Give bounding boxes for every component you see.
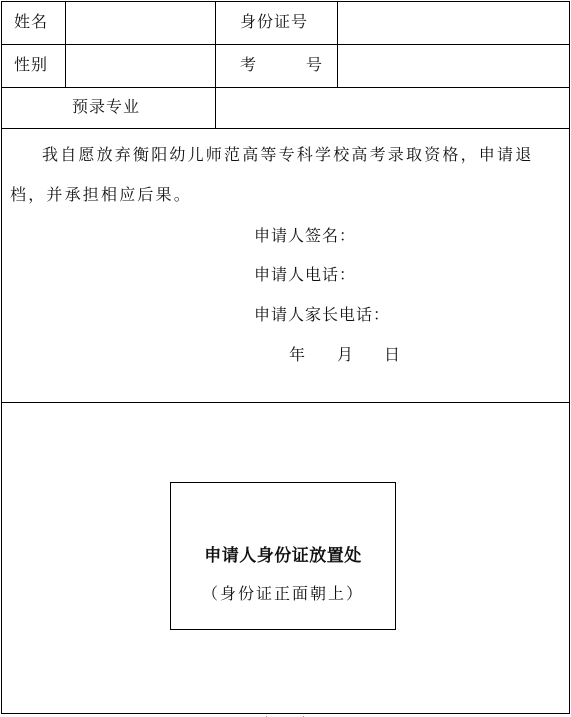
major-field[interactable] [216,88,569,128]
date-day-label: 日 [384,345,401,365]
exam-number-field[interactable] [338,45,569,87]
applicant-signature-label: 申请人签名： [254,226,356,246]
statement-line-2: 档，并承担相应后果。 [10,175,558,215]
major-label: 预录专业 [72,97,140,117]
id-number-label: 身份证号 [240,12,308,32]
id-card-box-note: （身份证正面朝上） [171,581,395,604]
applicant-phone-label: 申请人电话： [254,265,356,285]
gender-label: 性别 [14,55,48,75]
id-card-box-title: 申请人身份证放置处 [171,541,395,566]
date-year-label: 年 [289,345,306,365]
exam-number-label: 考 号 [240,55,328,75]
name-label: 姓名 [14,12,48,32]
id-number-field[interactable] [338,2,569,44]
border-right [569,1,570,714]
border-left [1,1,2,714]
id-card-placement-box: 申请人身份证放置处 （身份证正面朝上） [170,482,396,630]
row-divider-4 [1,402,569,403]
statement-line-1: 我自愿放弃衡阳幼儿师范高等专科学校高考录取资格，申请退 [42,135,562,175]
date-month-label: 月 [337,345,354,365]
row-divider-3 [1,128,569,129]
name-field[interactable] [66,2,215,44]
gender-field[interactable] [66,45,215,87]
parent-phone-label: 申请人家长电话： [254,305,390,325]
border-bottom [1,713,569,714]
